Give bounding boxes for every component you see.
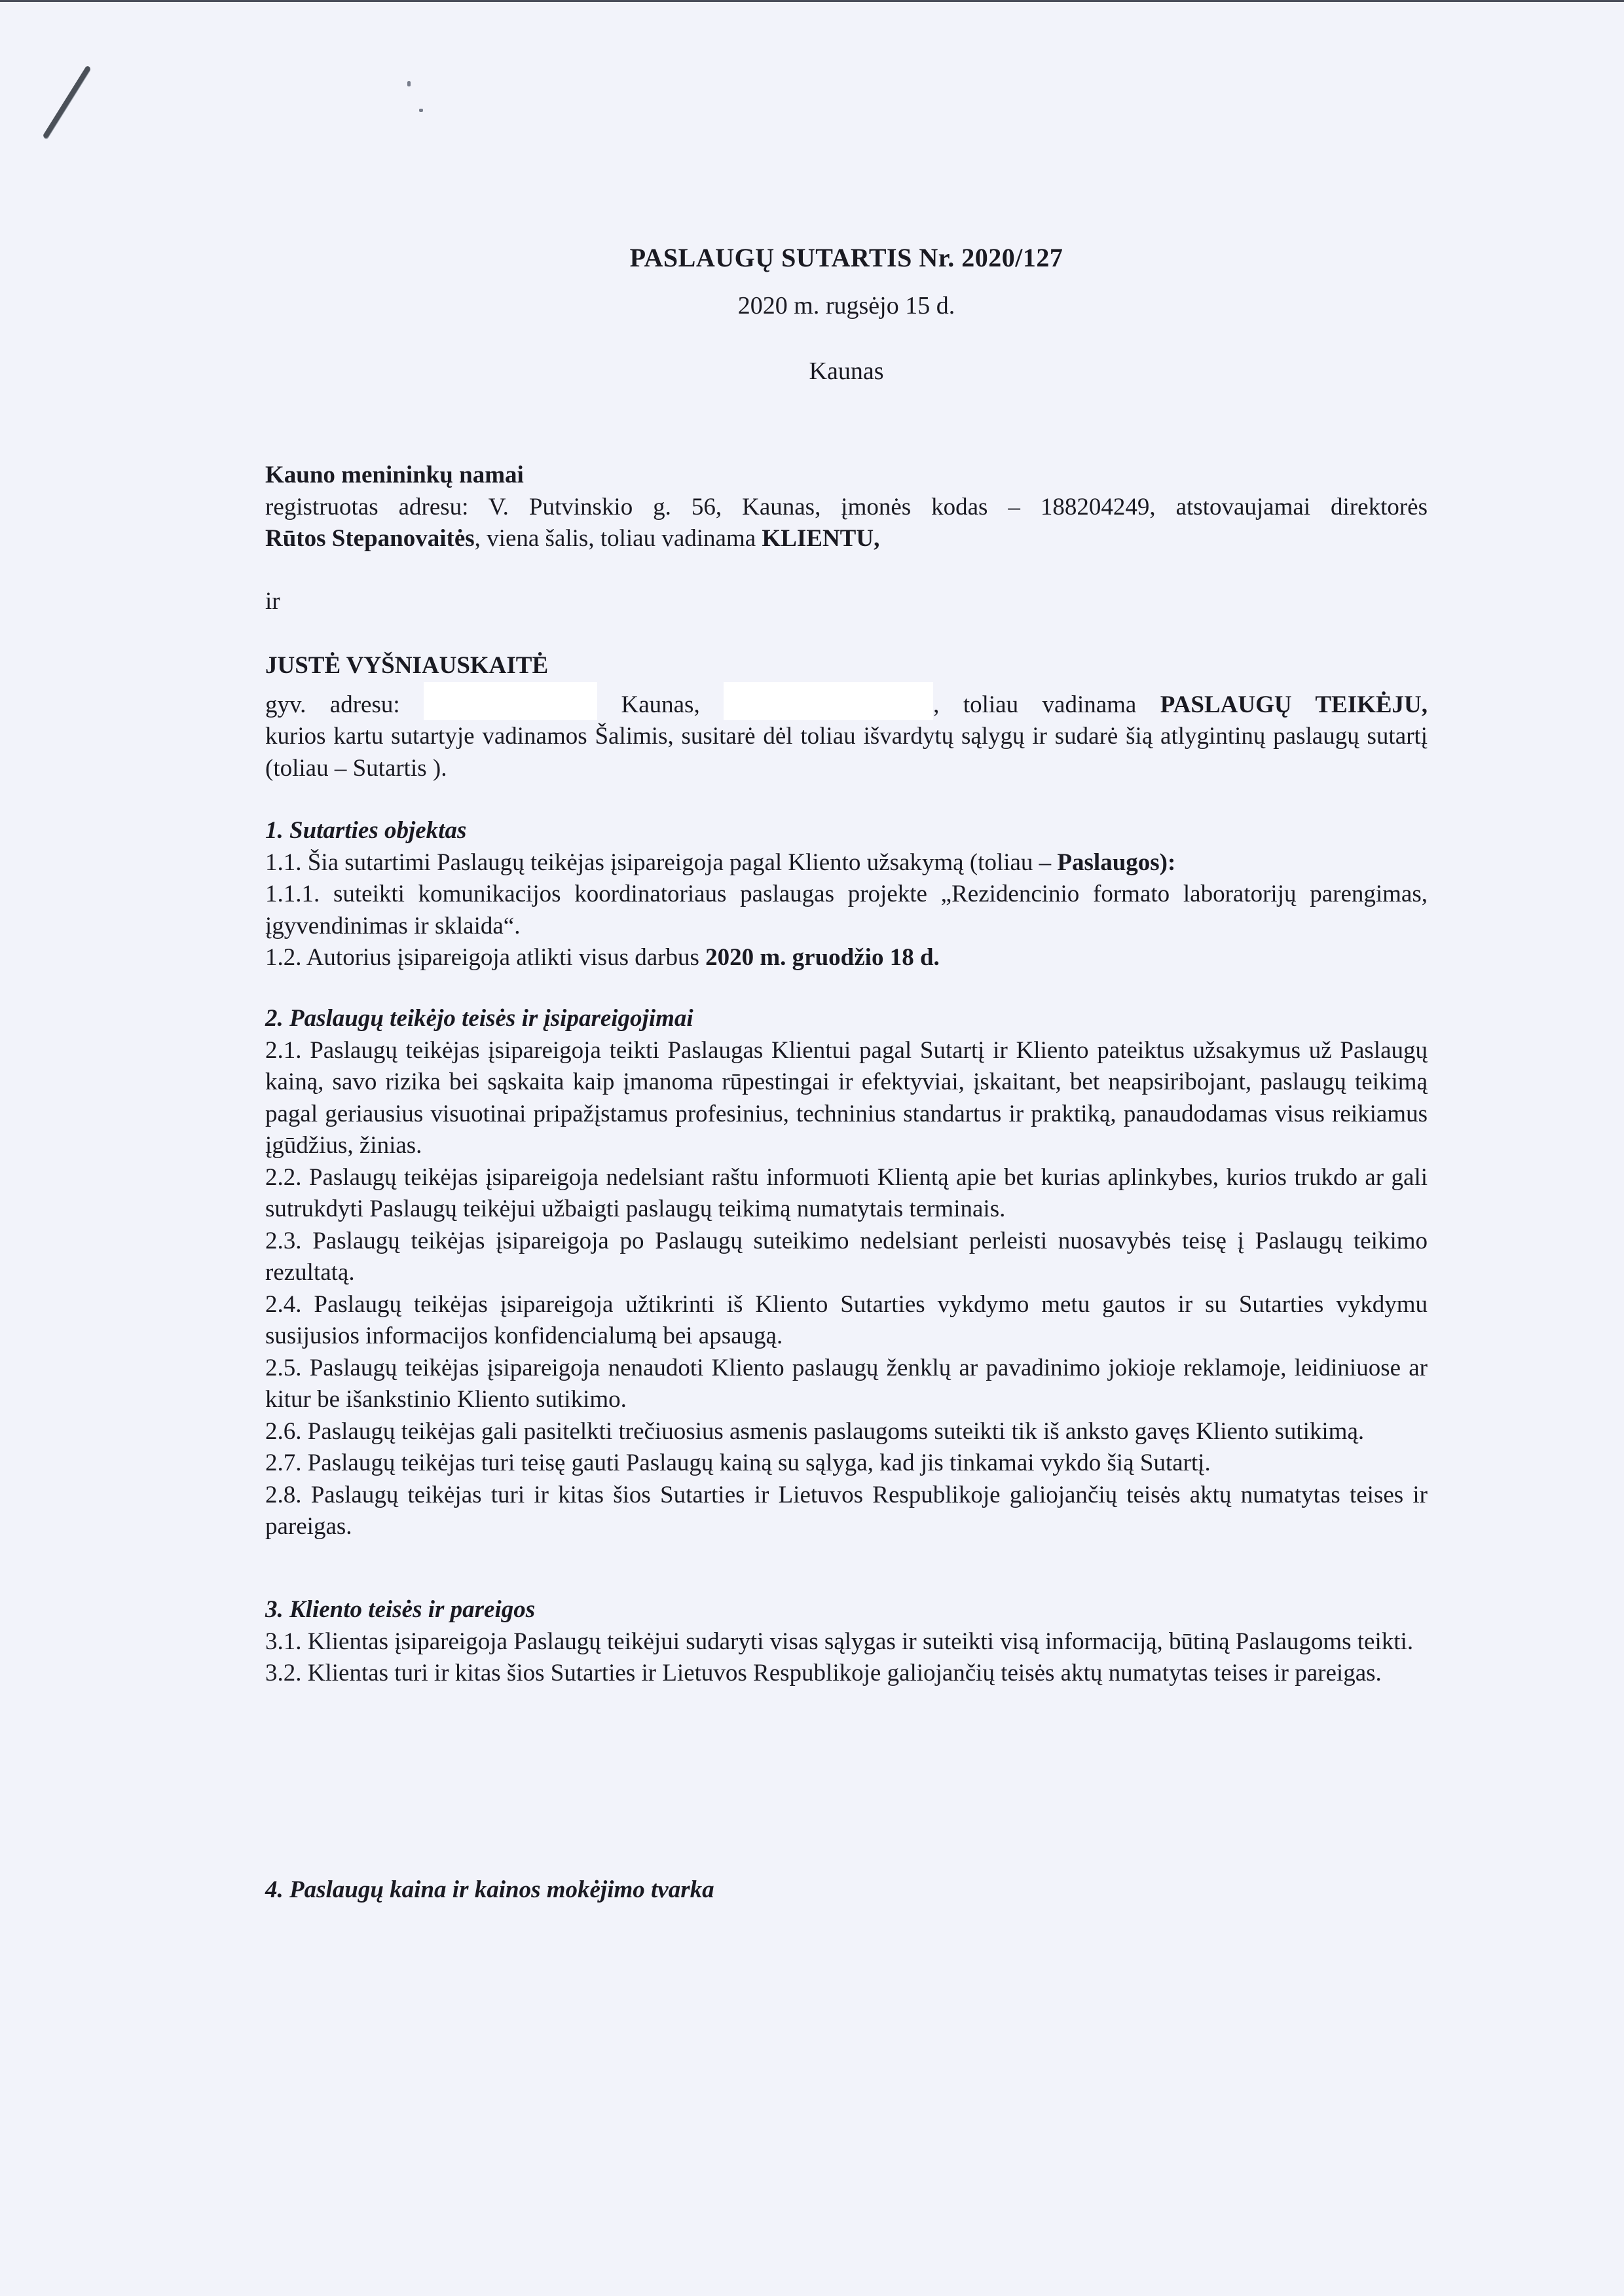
redacted-postcode: [724, 682, 933, 720]
section-1: 1. Sutarties objektas 1.1. Šia sutartimi…: [265, 815, 1428, 974]
client-name: Kauno menininkų namai: [265, 460, 1428, 492]
section-heading: 3. Kliento teisės ir pareigos: [265, 1594, 1428, 1626]
staple-mark: [43, 65, 92, 139]
redacted-street: [424, 682, 597, 720]
clause-bold: Paslaugos):: [1057, 849, 1175, 876]
provider-party: JUSTĖ VYŠNIAUSKAITĖ gyv. adresu: Kaunas,…: [265, 650, 1428, 784]
conjunction: ir: [265, 586, 1428, 618]
clause-2-3: 2.3. Paslaugų teikėjas įsipareigoja po P…: [265, 1226, 1428, 1289]
clause-1-1: 1.1. Šia sutartimi Paslaugų teikėjas įsi…: [265, 847, 1428, 879]
document-city: Kaunas: [265, 357, 1428, 386]
clause-2-7: 2.7. Paslaugų teikėjas turi teisę gauti …: [265, 1448, 1428, 1480]
clause-2-2: 2.2. Paslaugų teikėjas įsipareigoja nede…: [265, 1162, 1428, 1226]
section-2: 2. Paslaugų teikėjo teisės ir įsipareigo…: [265, 1003, 1428, 1543]
section-heading: 1. Sutarties objektas: [265, 815, 1428, 847]
client-details-2: Rūtos Stepanovaitės, viena šalis, toliau…: [265, 523, 1428, 555]
clause-deadline: 2020 m. gruodžio 18 d.: [705, 944, 940, 971]
provider-name: JUSTĖ VYŠNIAUSKAITĖ: [265, 650, 1428, 682]
scan-speck: [419, 109, 423, 112]
client-role: KLIENTU,: [762, 525, 879, 552]
provider-city: Kaunas,: [597, 691, 700, 718]
client-address: registruotas adresu: V. Putvinskio g. 56…: [265, 494, 1428, 520]
client-details: registruotas adresu: V. Putvinskio g. 56…: [265, 492, 1428, 524]
provider-address-line: gyv. adresu: Kaunas, , toliau vadinama P…: [265, 682, 1428, 721]
document-title: PASLAUGŲ SUTARTIS Nr. 2020/127: [265, 242, 1428, 273]
clause-2-6: 2.6. Paslaugų teikėjas gali pasitelkti t…: [265, 1416, 1428, 1448]
clause-text: 1.1. Šia sutartimi Paslaugų teikėjas įsi…: [265, 849, 1057, 876]
clause-text: 1.2. Autorius įsipareigoja atlikti visus…: [265, 944, 705, 971]
client-party: Kauno menininkų namai registruotas adres…: [265, 460, 1428, 555]
clause-2-5: 2.5. Paslaugų teikėjas įsipareigoja nena…: [265, 1353, 1428, 1416]
clause-1-2: 1.2. Autorius įsipareigoja atlikti visus…: [265, 942, 1428, 974]
scan-edge: [0, 0, 1624, 2]
provider-address-label: gyv. adresu:: [265, 691, 400, 718]
clause-2-4: 2.4. Paslaugų teikėjas įsipareigoja užti…: [265, 1289, 1428, 1353]
document-date: 2020 m. rugsėjo 15 d.: [265, 291, 1428, 320]
clause-3-1: 3.1. Klientas įsipareigoja Paslaugų teik…: [265, 1626, 1428, 1658]
client-text: , viena šalis, toliau vadinama: [475, 525, 762, 552]
clause-2-8: 2.8. Paslaugų teikėjas turi ir kitas šio…: [265, 1480, 1428, 1543]
provider-text: , toliau vadinama: [933, 691, 1160, 718]
clause-3-2: 3.2. Klientas turi ir kitas šios Sutarti…: [265, 1658, 1428, 1690]
scan-speck: [407, 81, 411, 86]
section-4-heading: 4. Paslaugų kaina ir kainos mokėjimo tva…: [265, 1876, 714, 1904]
section-3: 3. Kliento teisės ir pareigos 3.1. Klien…: [265, 1594, 1428, 1690]
provider-agreement-text: kurios kartu sutartyje vadinamos Šalimis…: [265, 721, 1428, 784]
client-director: Rūtos Stepanovaitės: [265, 525, 475, 552]
provider-role: PASLAUGŲ TEIKĖJU,: [1160, 691, 1428, 718]
clause-1-1-1: 1.1.1. suteikti komunikacijos koordinato…: [265, 879, 1428, 942]
section-heading: 2. Paslaugų teikėjo teisės ir įsipareigo…: [265, 1003, 1428, 1035]
clause-2-1: 2.1. Paslaugų teikėjas įsipareigoja teik…: [265, 1035, 1428, 1162]
